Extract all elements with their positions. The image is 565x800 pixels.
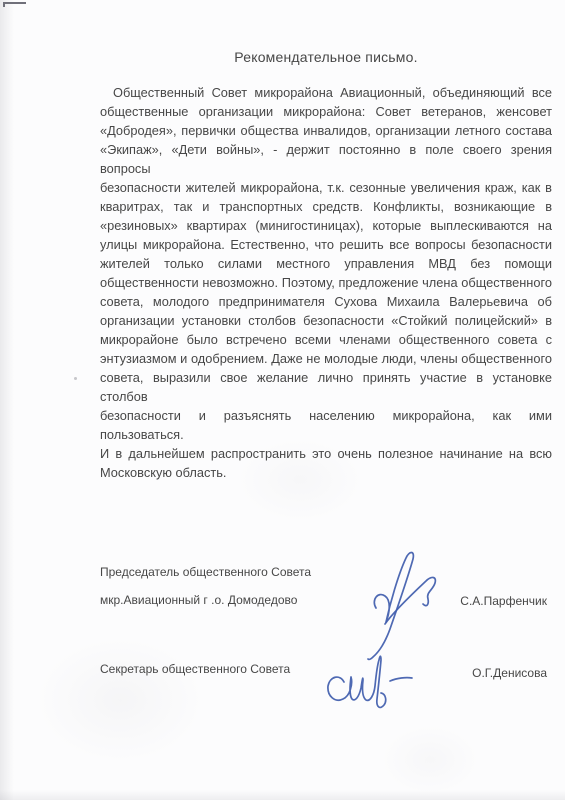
- scanned-letter-page: Рекомендательное письмо. Общественный Со…: [0, 0, 565, 800]
- paragraph-line: организации установки столбов безопаснос…: [100, 311, 552, 330]
- scan-shadow-left: [0, 0, 14, 800]
- scan-shadow-bottom: [0, 790, 565, 800]
- paragraph-line: Московскую область.: [100, 463, 552, 482]
- chairman-signature-stroke-main: [368, 553, 413, 660]
- secretary-signature-stroke-dash: [390, 678, 412, 681]
- signatory-name-chairman: С.А.Парфенчик: [460, 594, 547, 608]
- paragraph-line: Общественный Совет микрорайона Авиационн…: [100, 83, 552, 102]
- paragraph-line: общественности невозможно. Поэтому, пред…: [100, 273, 552, 292]
- paragraph-line: микрорайоне было встречено всеми членами…: [100, 330, 552, 349]
- paragraph-line: безопасности жителей микрорайона, т.к. с…: [100, 178, 552, 197]
- signatory-role-secretary: Секретарь общественного Совета: [100, 662, 290, 676]
- paragraph-line: кваритрах, так и транспортных средств. К…: [100, 197, 552, 216]
- paragraph-line: совета, выразили свое желание лично прин…: [100, 368, 552, 406]
- paragraph-line: «резиновых» квартирах (минигостиницах), …: [100, 216, 552, 235]
- secretary-signature-stroke-loops: [328, 656, 386, 707]
- paragraph-line: «Добродея», первички общества инвалидов,…: [100, 121, 552, 140]
- paragraph-line: безопасности и разъяснять населению микр…: [100, 406, 552, 444]
- signatory-location: мкр.Авиационный г .о. Домодедово: [100, 593, 297, 607]
- letter-title: Рекомендательное письмо.: [100, 49, 552, 65]
- paragraph-line: «Экипаж», «Дети войны», - держит постоян…: [100, 140, 552, 178]
- signatory-role-chairman: Председатель общественного Совета: [100, 565, 311, 579]
- paragraph-line: И в дальнейшем распространить это очень …: [100, 444, 552, 463]
- paragraph-line: жителей только силами местного управлени…: [100, 254, 552, 273]
- paragraph-line: совета, молодого предпринимателя Сухова …: [100, 292, 552, 311]
- paragraph-line: общественные организации микрорайона: Со…: [100, 102, 552, 121]
- scan-noise-speck: [74, 377, 77, 380]
- paragraph-line: улицы микрорайона. Естественно, что реши…: [100, 235, 552, 254]
- scan-artifact-corner-line: [3, 2, 26, 4]
- signatory-name-secretary: О.Г.Денисова: [472, 666, 547, 680]
- paragraph-line: энтузиазмом и одобрением. Даже не молоды…: [100, 349, 552, 368]
- letter-body-paragraph: Общественный Совет микрорайона Авиационн…: [100, 83, 552, 482]
- chairman-signature-stroke-wave: [385, 577, 435, 624]
